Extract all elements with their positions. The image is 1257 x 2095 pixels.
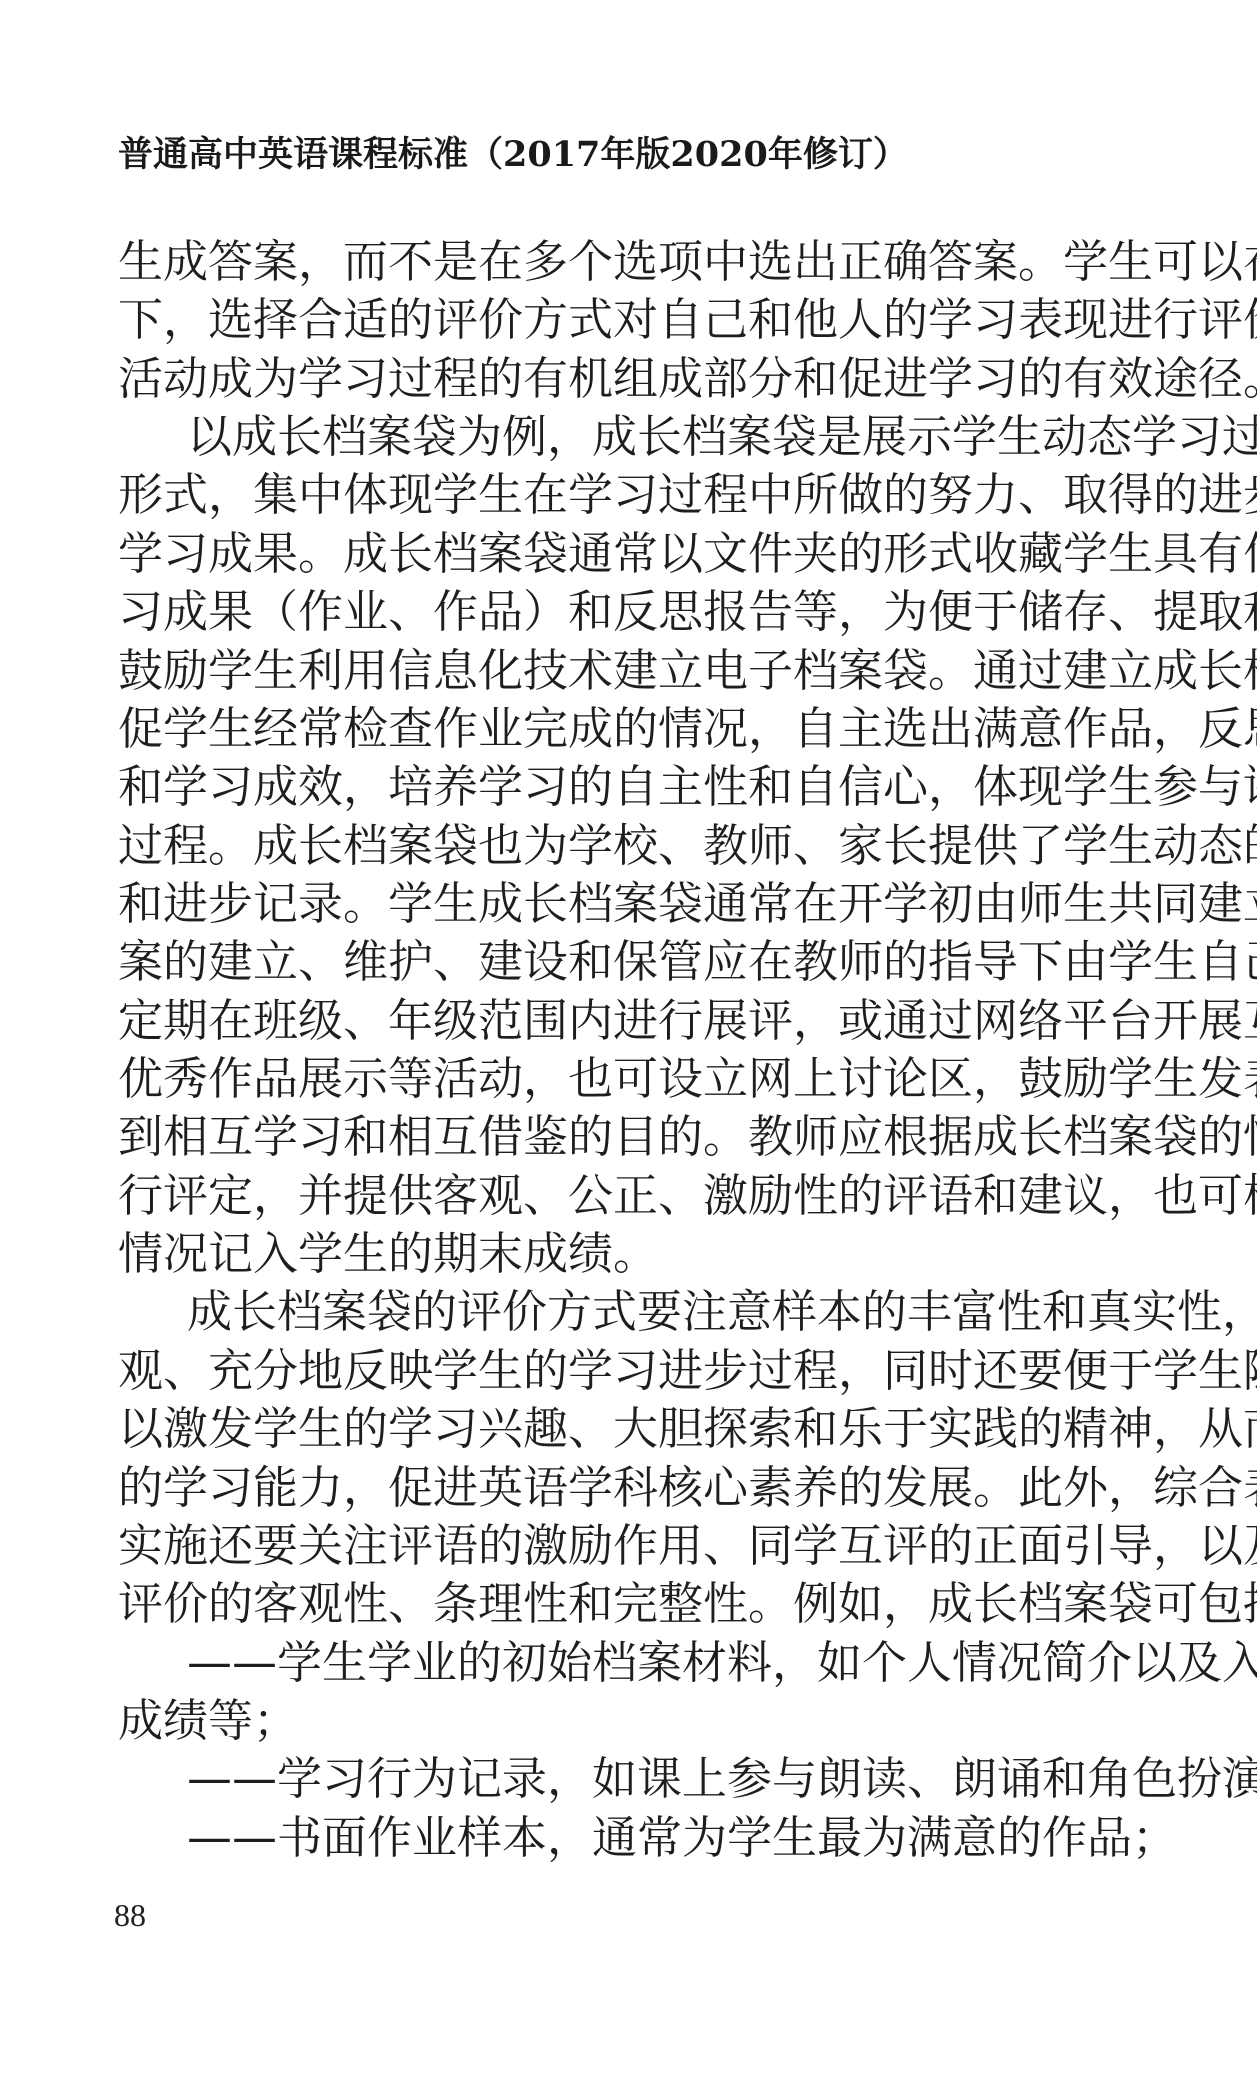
- text-line: 成长档案袋的评价方式要注意样本的丰富性和真实性，要能够客: [118, 1283, 1114, 1341]
- text-line: 学习成果。成长档案袋通常以文件夹的形式收藏学生具有代表性的学: [118, 525, 1114, 583]
- dash-list-item: ——书面作业样本，通常为学生最为满意的作品；: [118, 1809, 1114, 1867]
- page-body: 生成答案，而不是在多个选项中选出正确答案。学生可以在教师指导 下，选择合适的评价…: [118, 233, 1114, 1867]
- paragraph-2: 以成长档案袋为例，成长档案袋是展示学生动态学习过程的重要 形式，集中体现学生在学…: [118, 408, 1114, 1283]
- dash-list-item: ——学习行为记录，如课上参与朗读、朗诵和角色扮演等情况；: [118, 1750, 1114, 1808]
- text-line: 生成答案，而不是在多个选项中选出正确答案。学生可以在教师指导: [118, 233, 1114, 291]
- text-line: 和进步记录。学生成长档案袋通常在开学初由师生共同建立，成长档: [118, 875, 1114, 933]
- text-line: 实施还要关注评语的激励作用、同学互评的正面引导，以及学生自我: [118, 1517, 1114, 1575]
- text-line: 以成长档案袋为例，成长档案袋是展示学生动态学习过程的重要: [118, 408, 1114, 466]
- text-line: 到相互学习和相互借鉴的目的。教师应根据成长档案袋的情况及时进: [118, 1108, 1114, 1166]
- text-line: 活动成为学习过程的有机组成部分和促进学习的有效途径。: [118, 350, 1114, 408]
- text-line: 情况记入学生的期末成绩。: [118, 1225, 1114, 1283]
- paragraph-3: 成长档案袋的评价方式要注意样本的丰富性和真实性，要能够客 观、充分地反映学生的学…: [118, 1283, 1114, 1633]
- text-line: ——书面作业样本，通常为学生最为满意的作品；: [118, 1809, 1114, 1867]
- text-line: 以激发学生的学习兴趣、大胆探索和乐于实践的精神，从而提高他们: [118, 1400, 1114, 1458]
- text-line: 定期在班级、年级范围内进行展评，或通过网络平台开展互阅互评、: [118, 992, 1114, 1050]
- text-line: 案的建立、维护、建设和保管应在教师的指导下由学生自己完成，可: [118, 933, 1114, 991]
- text-line: 形式，集中体现学生在学习过程中所做的努力、取得的进步和获得的: [118, 466, 1114, 524]
- page-number: 88: [114, 1896, 146, 1934]
- text-line: 鼓励学生利用信息化技术建立电子档案袋。通过建立成长档案袋，督: [118, 642, 1114, 700]
- text-line: ——学习行为记录，如课上参与朗读、朗诵和角色扮演等情况；: [118, 1750, 1114, 1808]
- text-line: ——学生学业的初始档案材料，如个人情况简介以及入学考试: [118, 1634, 1114, 1692]
- text-line: 成绩等；: [118, 1692, 1114, 1750]
- text-line: 下，选择合适的评价方式对自己和他人的学习表现进行评价，使评价: [118, 291, 1114, 349]
- running-header-title: 普通高中英语课程标准（2017年版2020年修订）: [118, 134, 908, 176]
- text-line: 和学习成效，培养学习的自主性和自信心，体现学生参与评价的主体: [118, 758, 1114, 816]
- text-line: 的学习能力，促进英语学科核心素养的发展。此外，综合表现评价的: [118, 1459, 1114, 1517]
- text-line: 观、充分地反映学生的学习进步过程，同时还要便于学生随时查阅，: [118, 1342, 1114, 1400]
- paragraph-1: 生成答案，而不是在多个选项中选出正确答案。学生可以在教师指导 下，选择合适的评价…: [118, 233, 1114, 408]
- text-line: 促学生经常检查作业完成的情况，自主选出满意作品，反思学习方法: [118, 700, 1114, 758]
- dash-list-item: ——学生学业的初始档案材料，如个人情况简介以及入学考试 成绩等；: [118, 1634, 1114, 1751]
- text-line: 优秀作品展示等活动，也可设立网上讨论区，鼓励学生发表意见，达: [118, 1050, 1114, 1108]
- text-line: 过程。成长档案袋也为学校、教师、家长提供了学生动态的学习过程: [118, 817, 1114, 875]
- text-line: 习成果（作业、作品）和反思报告等，为便于储存、提取和管理，可: [118, 583, 1114, 641]
- text-line: 评价的客观性、条理性和完整性。例如，成长档案袋可包括以下内容：: [118, 1575, 1114, 1633]
- text-line: 行评定，并提供客观、公正、激励性的评语和建议，也可根据完成: [118, 1167, 1114, 1225]
- dash-list: ——学生学业的初始档案材料，如个人情况简介以及入学考试 成绩等； ——学习行为记…: [118, 1634, 1114, 1867]
